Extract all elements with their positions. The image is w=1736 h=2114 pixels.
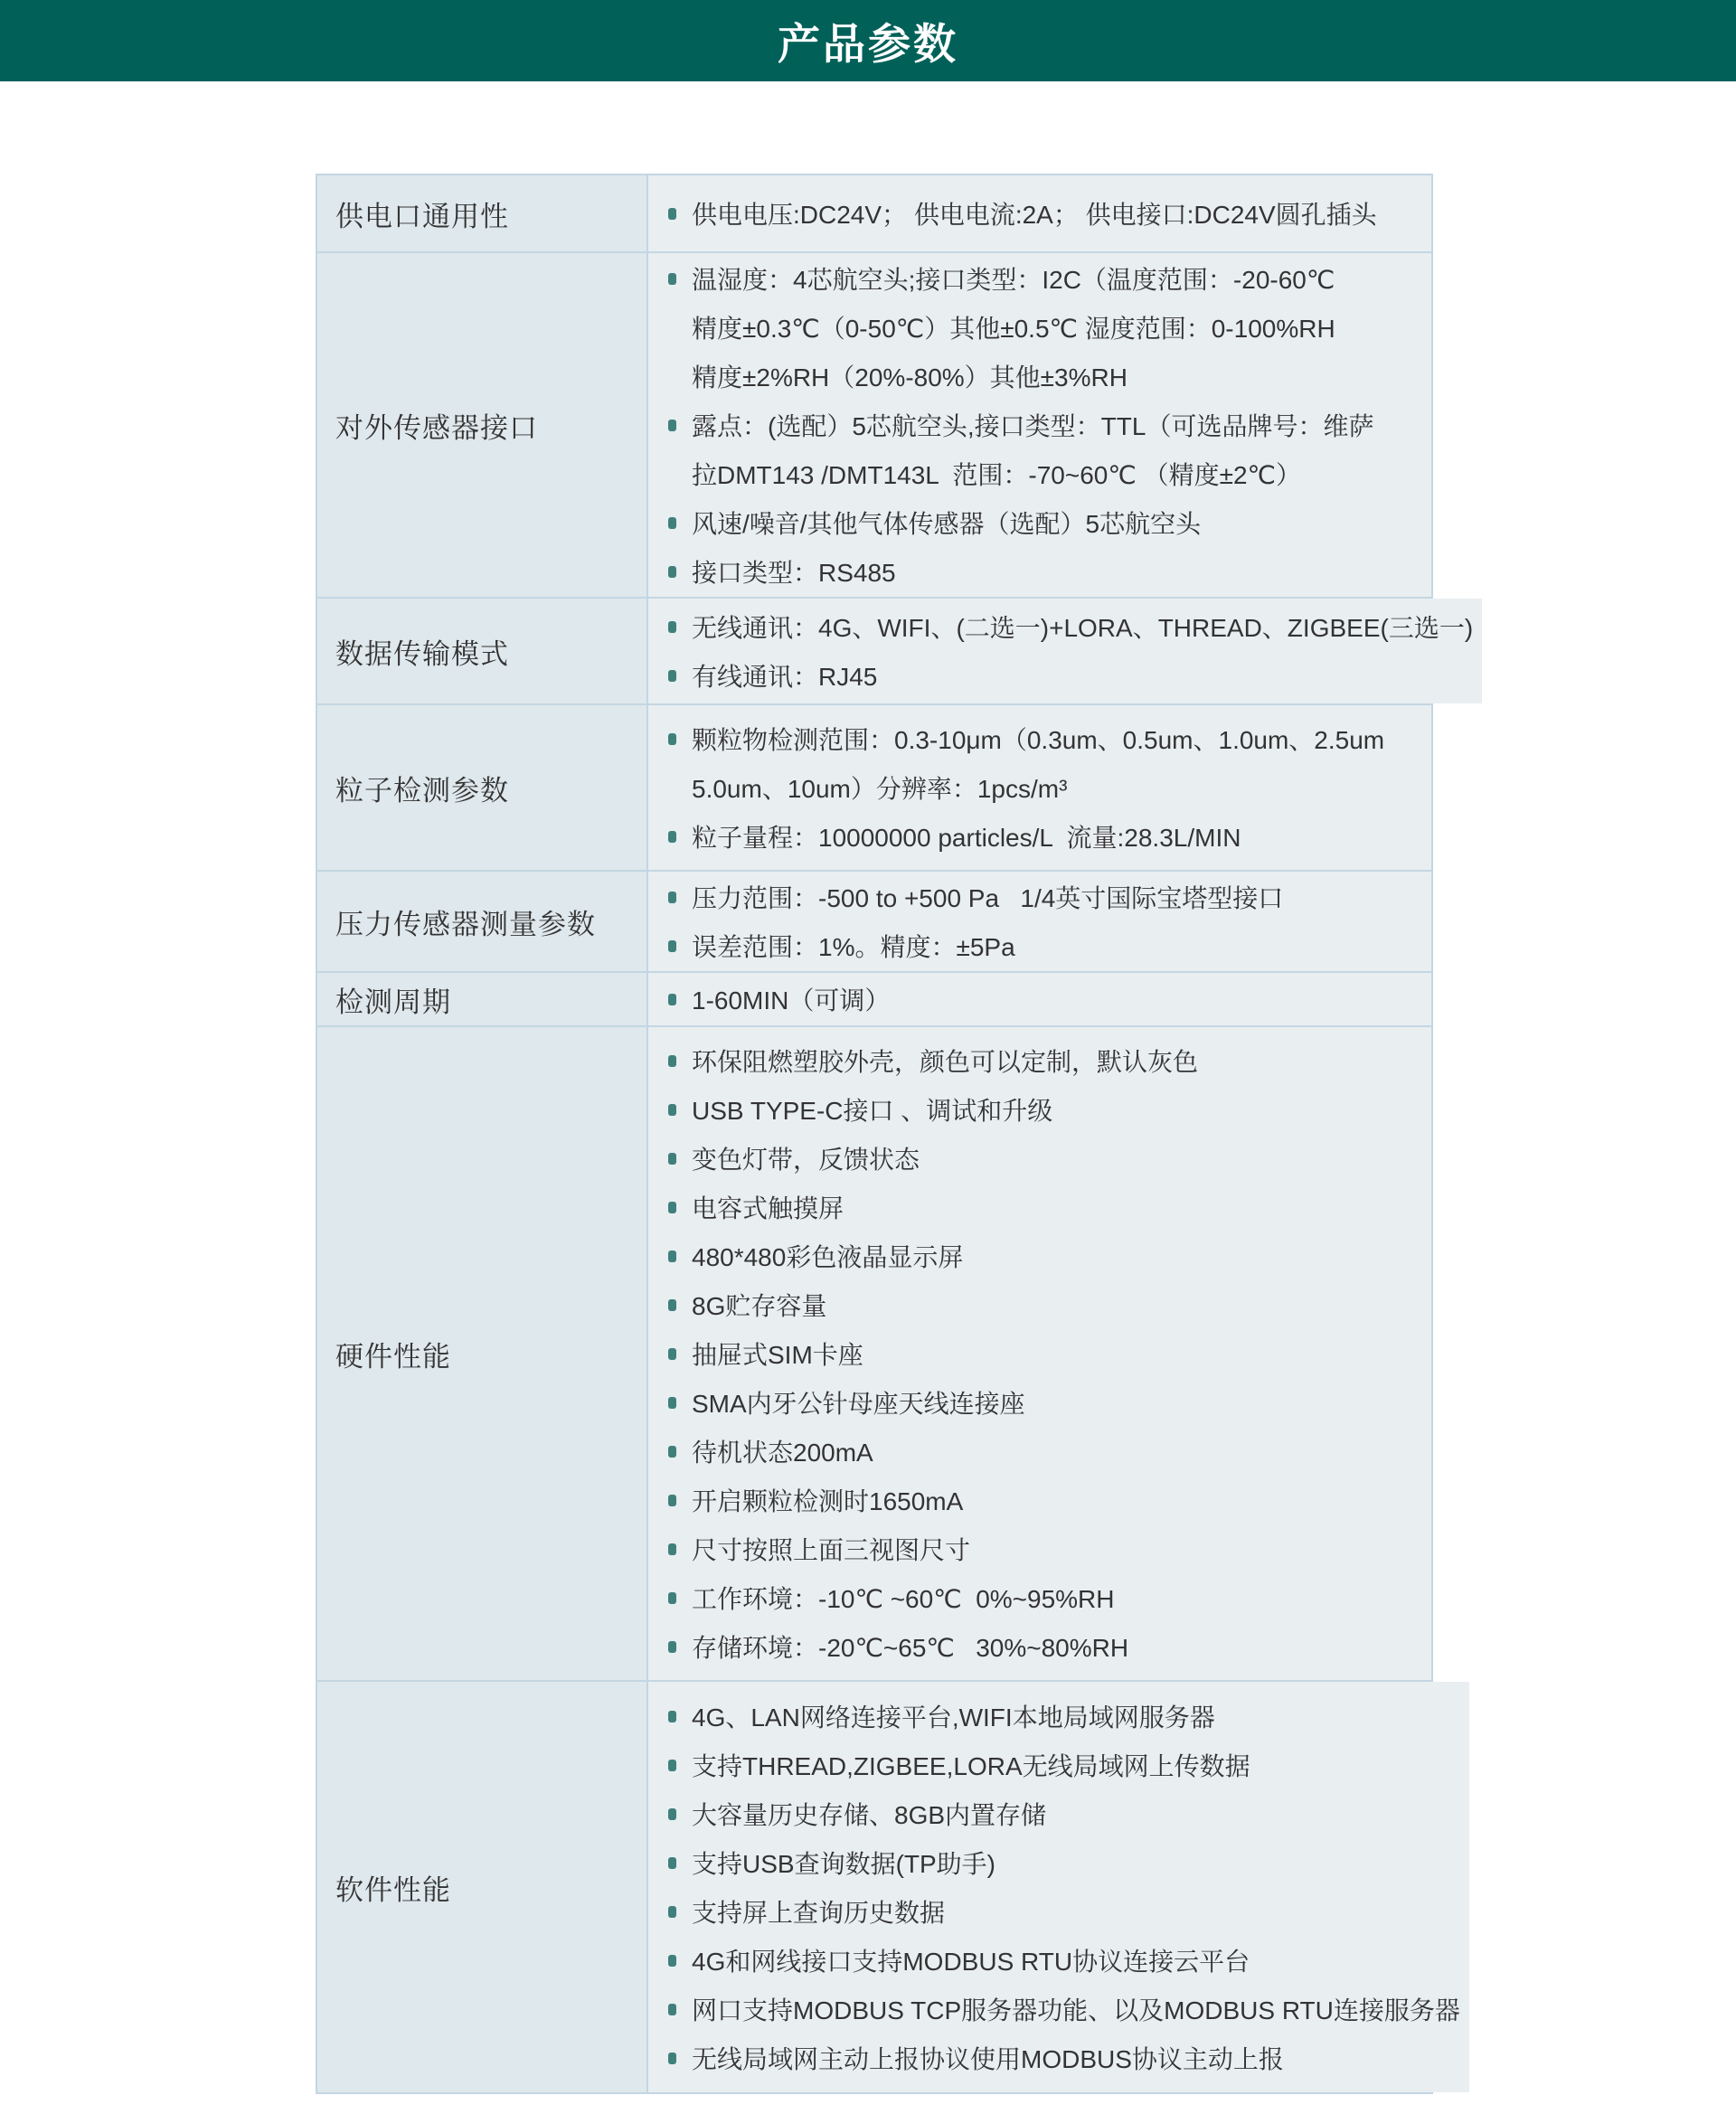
bullet-icon — [668, 1250, 676, 1262]
spec-text: 精度±0.3℃（0-50℃）其他±0.5℃ 湿度范围：0-100%RH — [692, 309, 1335, 345]
table-row: 粒子检测参数颗粒物检测范围：0.3-10μm（0.3um、0.5um、1.0um… — [317, 705, 1431, 872]
spec-table: 供电口通用性供电电压:DC24V； 供电电流:2A； 供电接口:DC24V圆孔插… — [316, 174, 1433, 2094]
spec-text: 粒子量程：10000000 particles/L 流量:28.3L/MIN — [692, 818, 1241, 854]
spec-line: 480*480彩色液晶显示屏 — [668, 1232, 1422, 1280]
spec-line: 电容式触摸屏 — [668, 1183, 1422, 1232]
spec-text: 风速/噪音/其他气体传感器（选配）5芯航空头 — [692, 505, 1201, 541]
spec-line: 网口支持MODBUS TCP服务器功能、以及MODBUS RTU连接服务器 — [668, 1985, 1460, 2034]
spec-text: 变色灯带，反馈状态 — [692, 1140, 920, 1176]
table-row: 检测周期1-60MIN（可调） — [317, 973, 1431, 1027]
bullet-icon — [668, 1592, 676, 1604]
spec-text: 环保阻燃塑胶外壳，颜色可以定制，默认灰色 — [692, 1043, 1198, 1079]
spec-text: 480*480彩色液晶显示屏 — [692, 1238, 963, 1274]
row-value-cell: 无线通讯：4G、WIFI、(二选一)+LORA、THREAD、ZIGBEE(三选… — [648, 599, 1482, 703]
row-value-cell: 4G、LAN网络连接平台,WIFI本地局域网服务器支持THREAD,ZIGBEE… — [648, 1682, 1469, 2092]
spec-text: 供电电压:DC24V； 供电电流:2A； 供电接口:DC24V圆孔插头 — [692, 195, 1377, 231]
bullet-icon — [668, 1446, 676, 1458]
table-row: 硬件性能环保阻燃塑胶外壳，颜色可以定制，默认灰色USB TYPE-C接口 、调试… — [317, 1027, 1431, 1682]
spec-line: 拉DMT143 /DMT143L 范围：-70~60℃ （精度±2℃） — [668, 449, 1422, 498]
spec-line: 压力范围：-500 to +500 Pa 1/4英寸国际宝塔型接口 — [668, 873, 1422, 921]
spec-text: 待机状态200mA — [692, 1433, 873, 1469]
row-label-cell: 供电口通用性 — [317, 175, 648, 251]
spec-line: 颗粒物检测范围：0.3-10μm（0.3um、0.5um、1.0um、2.5um — [668, 714, 1422, 763]
row-value-cell: 温湿度：4芯航空头;接口类型：I2C（温度范围：-20-60℃精度±0.3℃（0… — [648, 253, 1431, 597]
spec-text: 抽屉式SIM卡座 — [692, 1335, 863, 1372]
table-row: 软件性能4G、LAN网络连接平台,WIFI本地局域网服务器支持THREAD,ZI… — [317, 1682, 1431, 2094]
bullet-icon — [668, 566, 676, 578]
bullet-icon — [668, 1641, 676, 1653]
bullet-icon — [668, 733, 676, 745]
bullet-icon — [668, 208, 676, 220]
bullet-icon — [668, 1104, 676, 1116]
spec-text: 1-60MIN（可调） — [692, 981, 890, 1017]
spec-text: 露点：(选配）5芯航空头,接口类型：TTL（可选品牌号：维萨 — [692, 407, 1373, 443]
spec-line: 有线通讯：RJ45 — [668, 651, 1473, 700]
row-label-cell: 对外传感器接口 — [317, 253, 648, 597]
spec-text: 误差范围：1%。精度：±5Pa — [692, 928, 1015, 964]
bullet-icon — [668, 892, 676, 903]
spec-line: 大容量历史存储、8GB内置存储 — [668, 1789, 1460, 1838]
row-label: 检测周期 — [335, 979, 451, 1020]
spec-line: 接口类型：RS485 — [668, 547, 1422, 596]
spec-text: 有线通讯：RJ45 — [692, 657, 877, 694]
spec-line: 支持THREAD,ZIGBEE,LORA无线局域网上传数据 — [668, 1741, 1460, 1789]
spec-text: USB TYPE-C接口 、调试和升级 — [692, 1091, 1052, 1128]
row-label: 压力传感器测量参数 — [335, 901, 596, 942]
bullet-icon — [668, 2004, 676, 2015]
spec-line: 待机状态200mA — [668, 1427, 1422, 1476]
page-title: 产品参数 — [778, 11, 958, 71]
row-label-cell: 硬件性能 — [317, 1027, 648, 1680]
spec-text: 支持USB查询数据(TP助手) — [692, 1845, 995, 1881]
row-label: 供电口通用性 — [335, 193, 509, 234]
bullet-icon — [668, 1397, 676, 1409]
spec-line: 支持屏上查询历史数据 — [668, 1887, 1460, 1936]
row-label: 对外传感器接口 — [335, 405, 538, 446]
spec-line: 存储环境：-20℃~65℃ 30%~80%RH — [668, 1622, 1422, 1671]
spec-line: 变色灯带，反馈状态 — [668, 1134, 1422, 1183]
table-row: 数据传输模式无线通讯：4G、WIFI、(二选一)+LORA、THREAD、ZIG… — [317, 599, 1431, 705]
row-value-cell: 颗粒物检测范围：0.3-10μm（0.3um、0.5um、1.0um、2.5um… — [648, 705, 1431, 870]
spec-text: 温湿度：4芯航空头;接口类型：I2C（温度范围：-20-60℃ — [692, 260, 1335, 297]
spec-line: 误差范围：1%。精度：±5Pa — [668, 921, 1422, 970]
spec-text: 压力范围：-500 to +500 Pa 1/4英寸国际宝塔型接口 — [692, 879, 1283, 915]
spec-line: 温湿度：4芯航空头;接口类型：I2C（温度范围：-20-60℃ — [668, 254, 1422, 303]
spec-text: 支持THREAD,ZIGBEE,LORA无线局域网上传数据 — [692, 1747, 1250, 1783]
bullet-icon — [668, 940, 676, 952]
bullet-icon — [668, 2053, 676, 2064]
row-label: 粒子检测参数 — [335, 768, 509, 808]
spec-text: 4G和网线接口支持MODBUS RTU协议连接云平台 — [692, 1942, 1250, 1978]
spec-text: 工作环境：-10℃ ~60℃ 0%~95%RH — [692, 1580, 1115, 1616]
spec-line: 1-60MIN（可调） — [668, 975, 1422, 1024]
spec-line: 尺寸按照上面三视图尺寸 — [668, 1524, 1422, 1573]
spec-line: 支持USB查询数据(TP助手) — [668, 1838, 1460, 1887]
bullet-icon — [668, 994, 676, 1005]
bullet-icon — [668, 621, 676, 633]
spec-line: 抽屉式SIM卡座 — [668, 1329, 1422, 1378]
bullet-icon — [668, 1055, 676, 1067]
row-value-cell: 环保阻燃塑胶外壳，颜色可以定制，默认灰色USB TYPE-C接口 、调试和升级变… — [648, 1027, 1431, 1680]
row-label-cell: 检测周期 — [317, 973, 648, 1025]
spec-text: 存储环境：-20℃~65℃ 30%~80%RH — [692, 1628, 1128, 1665]
table-row: 压力传感器测量参数压力范围：-500 to +500 Pa 1/4英寸国际宝塔型… — [317, 872, 1431, 973]
bullet-icon — [668, 1495, 676, 1506]
spec-line: 粒子量程：10000000 particles/L 流量:28.3L/MIN — [668, 812, 1422, 861]
spec-line: 开启颗粒检测时1650mA — [668, 1476, 1422, 1524]
spec-text: 8G贮存容量 — [692, 1287, 826, 1323]
spec-line: 无线局域网主动上报协议使用MODBUS协议主动上报 — [668, 2034, 1460, 2082]
row-label-cell: 软件性能 — [317, 1682, 648, 2092]
row-label: 硬件性能 — [335, 1334, 451, 1374]
bullet-icon — [668, 1348, 676, 1360]
spec-text: 拉DMT143 /DMT143L 范围：-70~60℃ （精度±2℃） — [692, 456, 1301, 492]
header-bar: 产品参数 — [0, 0, 1736, 81]
spec-text: 电容式触摸屏 — [692, 1189, 844, 1225]
spec-line: 4G、LAN网络连接平台,WIFI本地局域网服务器 — [668, 1692, 1460, 1741]
spec-text: SMA内牙公针母座天线连接座 — [692, 1384, 1025, 1420]
row-label-cell: 压力传感器测量参数 — [317, 872, 648, 971]
table-row: 对外传感器接口温湿度：4芯航空头;接口类型：I2C（温度范围：-20-60℃精度… — [317, 253, 1431, 599]
bullet-icon — [668, 1760, 676, 1771]
bullet-icon — [668, 1202, 676, 1213]
bullet-icon — [668, 1543, 676, 1555]
row-value-cell: 供电电压:DC24V； 供电电流:2A； 供电接口:DC24V圆孔插头 — [648, 175, 1431, 251]
spec-line: 无线通讯：4G、WIFI、(二选一)+LORA、THREAD、ZIGBEE(三选… — [668, 602, 1473, 651]
spec-text: 网口支持MODBUS TCP服务器功能、以及MODBUS RTU连接服务器 — [692, 1991, 1460, 2027]
spec-line: 露点：(选配）5芯航空头,接口类型：TTL（可选品牌号：维萨 — [668, 401, 1422, 449]
bullet-icon — [668, 517, 676, 529]
bullet-icon — [668, 831, 676, 843]
spec-line: 工作环境：-10℃ ~60℃ 0%~95%RH — [668, 1573, 1422, 1622]
bullet-icon — [668, 1808, 676, 1820]
row-label-cell: 粒子检测参数 — [317, 705, 648, 870]
row-label-cell: 数据传输模式 — [317, 599, 648, 703]
bullet-icon — [668, 1299, 676, 1311]
spec-text: 无线通讯：4G、WIFI、(二选一)+LORA、THREAD、ZIGBEE(三选… — [692, 609, 1473, 645]
spec-line: 风速/噪音/其他气体传感器（选配）5芯航空头 — [668, 498, 1422, 547]
bullet-icon — [668, 273, 676, 285]
bullet-icon — [668, 1955, 676, 1967]
spec-line: 精度±2%RH（20%-80%）其他±3%RH — [668, 352, 1422, 401]
bullet-icon — [668, 420, 676, 431]
bullet-icon — [668, 1153, 676, 1165]
spec-line: SMA内牙公针母座天线连接座 — [668, 1378, 1422, 1427]
spec-text: 精度±2%RH（20%-80%）其他±3%RH — [692, 358, 1127, 394]
spec-line: 5.0um、10um）分辨率：1pcs/m³ — [668, 763, 1422, 812]
row-label: 数据传输模式 — [335, 631, 509, 672]
row-value-cell: 1-60MIN（可调） — [648, 973, 1431, 1025]
spec-text: 颗粒物检测范围：0.3-10μm（0.3um、0.5um、1.0um、2.5um — [692, 721, 1384, 757]
spec-line: 8G贮存容量 — [668, 1280, 1422, 1329]
spec-text: 4G、LAN网络连接平台,WIFI本地局域网服务器 — [692, 1698, 1215, 1734]
spec-text: 无线局域网主动上报协议使用MODBUS协议主动上报 — [692, 2040, 1284, 2076]
spec-text: 接口类型：RS485 — [692, 553, 896, 590]
bullet-icon — [668, 670, 676, 682]
table-row: 供电口通用性供电电压:DC24V； 供电电流:2A； 供电接口:DC24V圆孔插… — [317, 175, 1431, 253]
spec-text: 开启颗粒检测时1650mA — [692, 1482, 963, 1518]
bullet-icon — [668, 1857, 676, 1869]
bullet-icon — [668, 1711, 676, 1722]
spec-text: 支持屏上查询历史数据 — [692, 1893, 945, 1930]
row-value-cell: 压力范围：-500 to +500 Pa 1/4英寸国际宝塔型接口误差范围：1%… — [648, 872, 1431, 971]
spec-line: 环保阻燃塑胶外壳，颜色可以定制，默认灰色 — [668, 1036, 1422, 1085]
bullet-icon — [668, 1906, 676, 1918]
spec-text: 5.0um、10um）分辨率：1pcs/m³ — [692, 769, 1067, 806]
spec-line: 供电电压:DC24V； 供电电流:2A； 供电接口:DC24V圆孔插头 — [668, 189, 1422, 238]
spec-line: 4G和网线接口支持MODBUS RTU协议连接云平台 — [668, 1936, 1460, 1985]
spec-line: USB TYPE-C接口 、调试和升级 — [668, 1085, 1422, 1134]
spec-line: 精度±0.3℃（0-50℃）其他±0.5℃ 湿度范围：0-100%RH — [668, 303, 1422, 352]
spec-text: 大容量历史存储、8GB内置存储 — [692, 1796, 1046, 1832]
spec-text: 尺寸按照上面三视图尺寸 — [692, 1531, 970, 1567]
row-label: 软件性能 — [335, 1867, 451, 1908]
